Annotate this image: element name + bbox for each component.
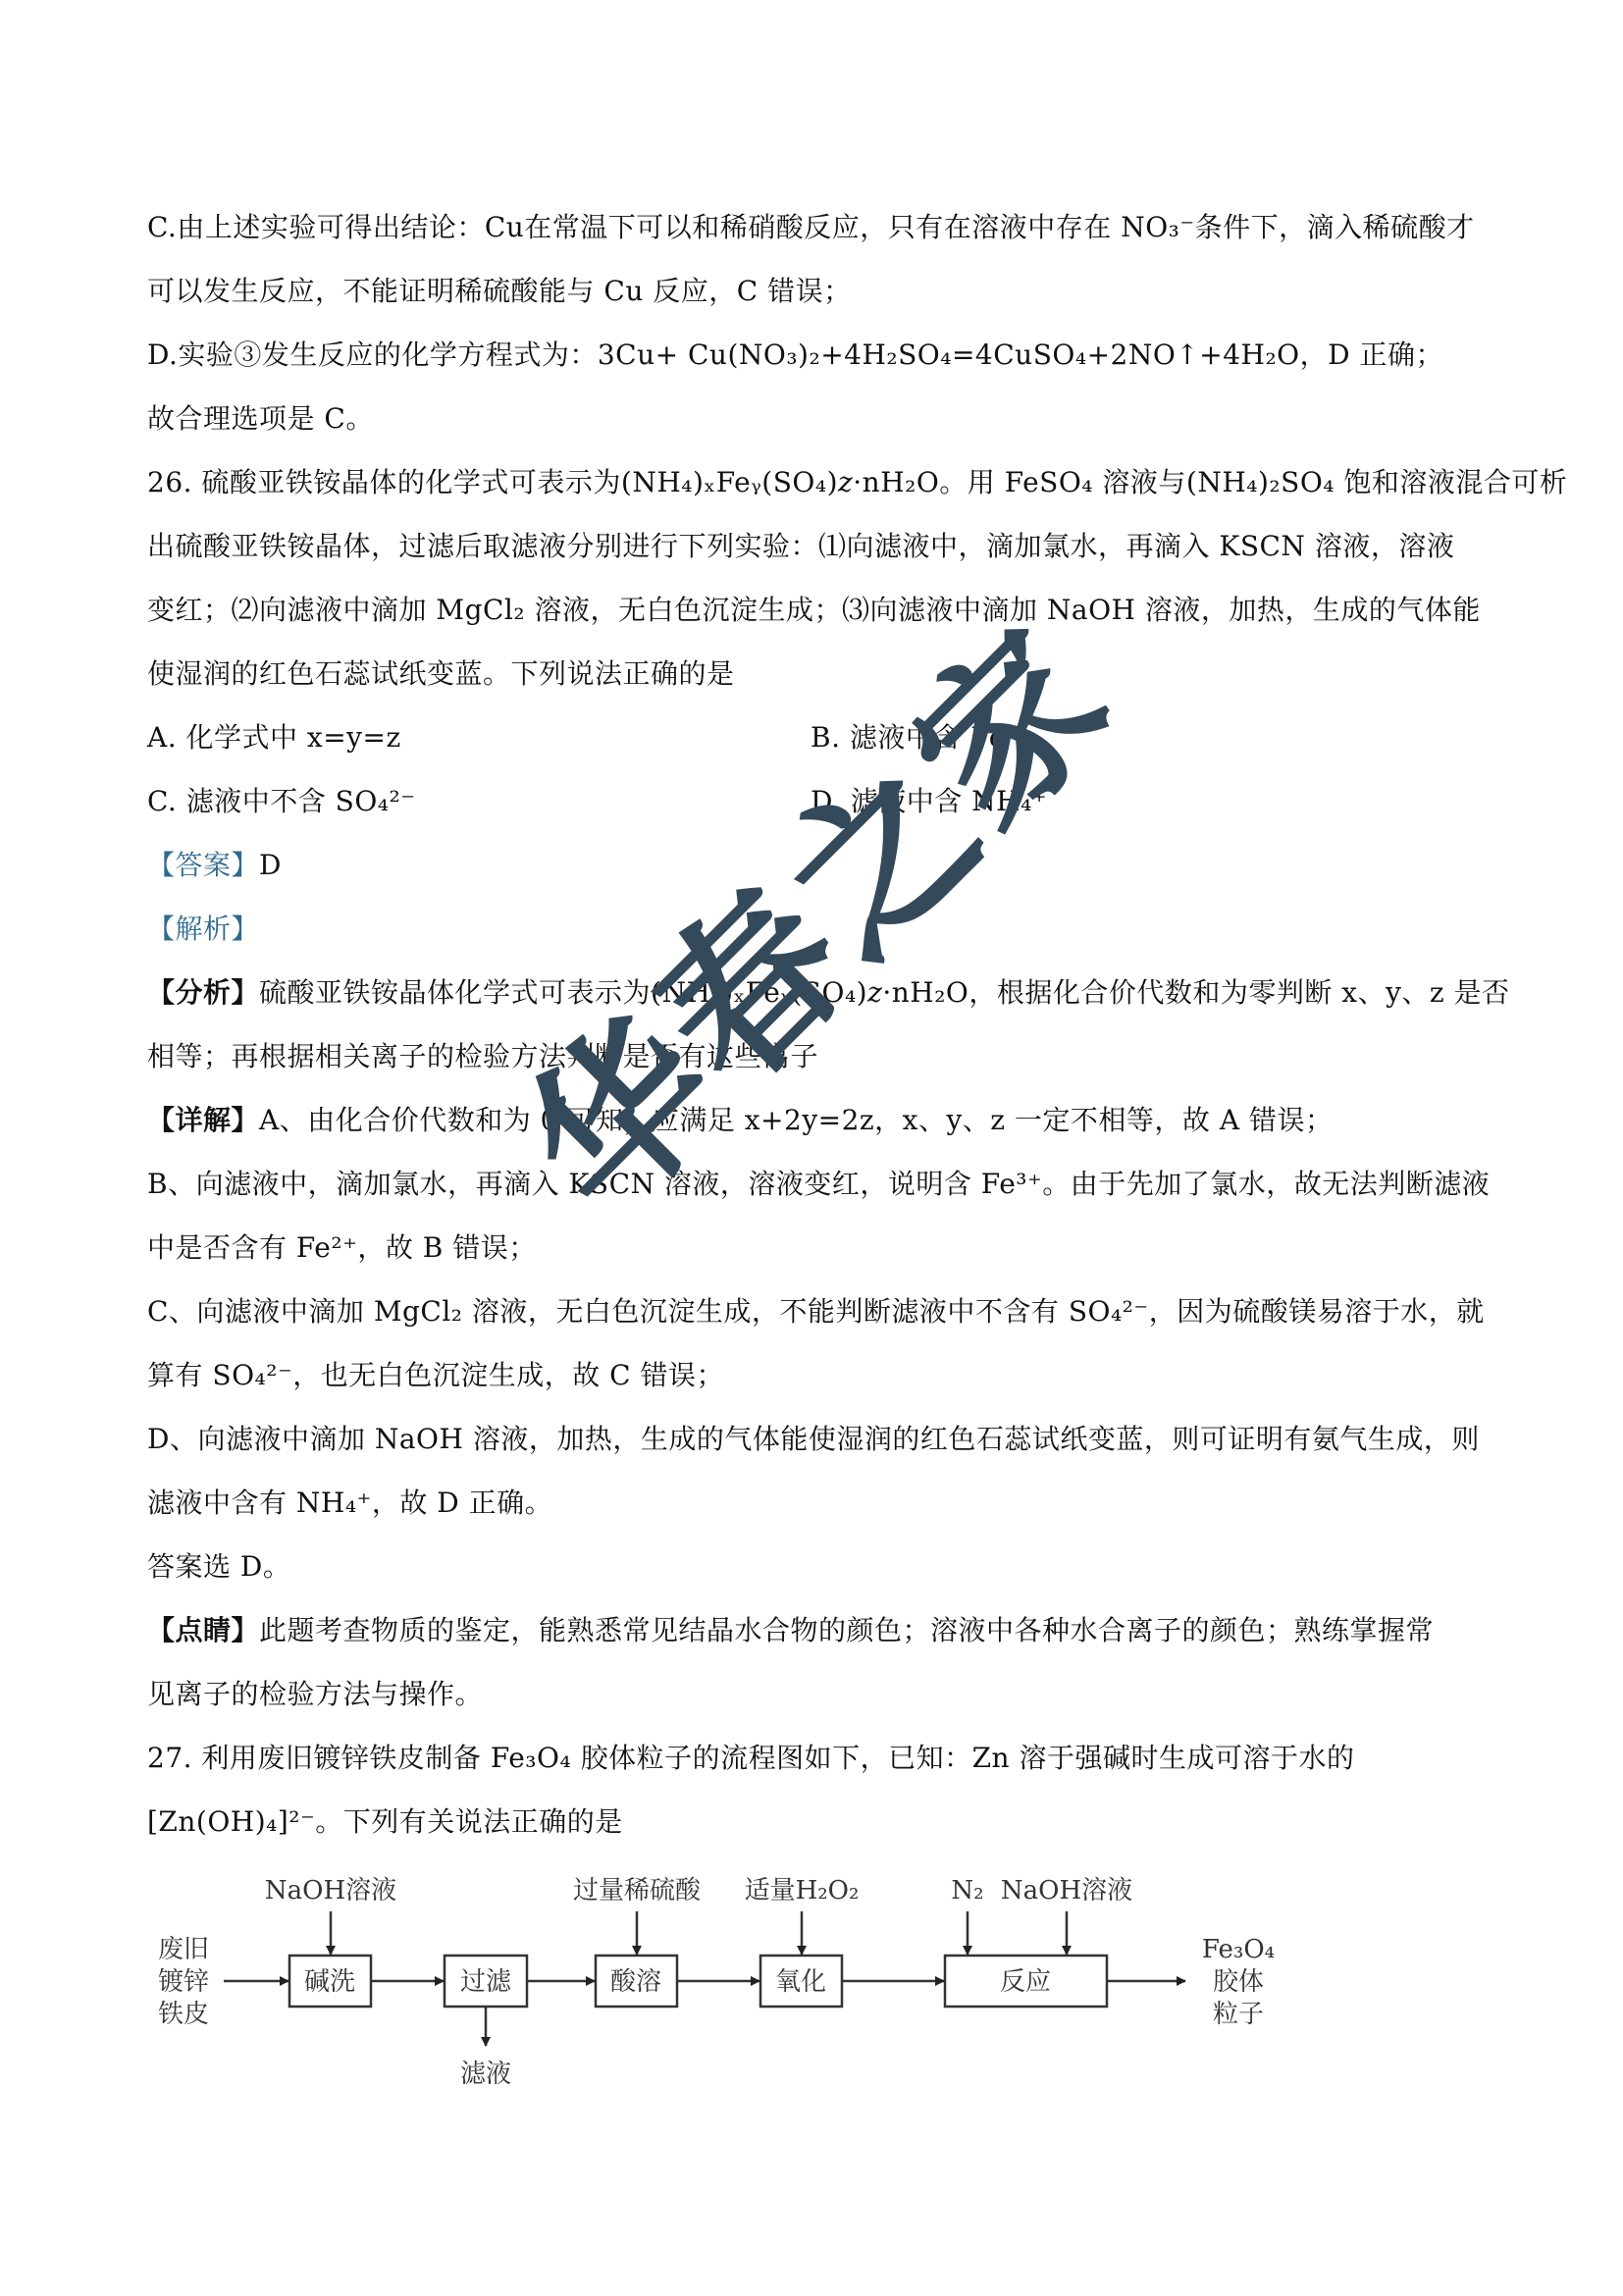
analysis-tag: 【解析】 [147,913,259,945]
prev-option-d-line: D.实验③发生反应的化学方程式为：3Cu+ Cu(NO₃)₂+4H₂SO₄=4C… [147,336,1443,375]
input-label-line: 铁皮 [158,2000,209,2029]
q26-xiangjie-line: C、向滤液中滴加 MgCl₂ 溶液，无白色沉淀生成，不能判断滤液中不含有 SO₄… [147,1292,1485,1331]
step-filter: 过滤 [460,1967,512,1997]
option-text: 滤液中不含 SO₄²⁻ [186,785,416,817]
output-label-line: Fe₃O₄ [1202,1935,1275,1964]
q26-stem-line: 26. 硫酸亚铁铵晶体的化学式可表示为(NH₄)ₓFeᵧ(SO₄)𝑧·nH₂O。… [147,463,1567,502]
q26-stem-line: 使湿润的红色石蕊试纸变蓝。下列说法正确的是 [147,654,735,694]
reagent-h2o2: 适量H₂O₂ [745,1876,860,1905]
reagent-n2: N₂ [951,1876,983,1905]
answer-value: D [259,849,282,881]
q26-stem-line: 出硫酸亚铁铵晶体，过滤后取滤液分别进行下列实验：⑴向滤液中，滴加氯水，再滴入 K… [147,527,1454,566]
input-label-line: 废旧 [158,1935,209,1964]
reagent-naoh-1: NaOH溶液 [265,1876,396,1905]
prev-option-c-line2: 可以发生反应，不能证明稀硫酸能与 Cu 反应，C 错误； [147,272,852,311]
q26-answer-choice: 答案选 D。 [147,1547,290,1587]
step-acid-dissolve: 酸溶 [610,1967,661,1997]
q26-option-c: C. 滤液中不含 SO₄²⁻ [147,782,416,821]
output-label-line: 胶体 [1213,1967,1264,1997]
q26-xiangjie-line: 算有 SO₄²⁻，也无白色沉淀生成，故 C 错误； [147,1356,724,1395]
prev-conclusion: 故合理选项是 C。 [147,399,374,439]
q26-xiangjie-line: 滤液中含有 NH₄⁺，故 D 正确。 [147,1484,552,1523]
step-react: 反应 [1000,1967,1051,1997]
q26-dianjing-line: 【点睛】此题考查物质的鉴定，能熟悉常见结晶水合物的颜色；溶液中各种水合离子的颜色… [147,1611,1434,1650]
q26-stem-line: 变红；⑵向滤液中滴加 MgCl₂ 溶液，无白色沉淀生成；⑶向滤液中滴加 NaOH… [147,591,1481,630]
q26-xiangjie-line: B、向滤液中，滴加氯水，再滴入 KSCN 溶液，溶液变红，说明含 Fe³⁺。由于… [147,1165,1490,1204]
output-label-line: 粒子 [1213,2000,1264,2029]
reagent-dilute-sulfuric: 过量稀硫酸 [573,1876,702,1905]
option-label: A. [147,721,177,754]
input-label-line: 镀锌 [158,1967,209,1997]
q26-xiangjie-line: D、向滤液中滴加 NaOH 溶液，加热，生成的气体能使湿润的红色石蕊试纸变蓝，则… [147,1420,1480,1459]
answer-tag: 【答案】 [147,849,259,881]
q26-analysis-heading: 【解析】 [147,910,259,949]
xiangjie-text: A、由化合价代数和为 0 可知，应满足 x+2y=2z，x、y、z 一定不相等，… [259,1104,1333,1136]
step-alkali-wash: 碱洗 [304,1967,355,1997]
fenxi-tag: 【分析】 [147,976,259,1009]
dianjing-tag: 【点睛】 [147,1614,259,1646]
filtrate-label: 滤液 [460,2060,511,2089]
q26-xiangjie-line: 中是否含有 Fe²⁺，故 B 错误； [147,1228,537,1268]
q26-dianjing-line: 见离子的检验方法与操作。 [147,1675,483,1714]
q26-answer: 【答案】D [147,846,282,885]
xiangjie-tag: 【详解】 [147,1104,259,1136]
dianjing-text: 此题考查物质的鉴定，能熟悉常见结晶水合物的颜色；溶液中各种水合离子的颜色；熟练掌… [259,1614,1434,1646]
q27-flowchart: 碱洗 过滤 酸溶 氧化 反应 NaOH溶液 过量稀硫酸 适量H₂O₂ N₂ Na… [0,1864,1623,2119]
option-text: 化学式中 x=y=z [186,721,401,754]
q26-option-a: A. 化学式中 x=y=z [147,718,401,757]
q27-stem-line: 27. 利用废旧镀锌铁皮制备 Fe₃O₄ 胶体粒子的流程图如下，已知：Zn 溶于… [147,1739,1355,1778]
reagent-naoh-2: NaOH溶液 [1001,1876,1132,1905]
prev-option-c-line1: C.由上述实验可得出结论：Cu在常温下可以和稀硝酸反应，只有在溶液中存在 NO₃… [147,208,1475,247]
option-label: C. [147,785,177,817]
step-oxidize: 氧化 [775,1967,826,1997]
q27-stem-line: [Zn(OH)₄]²⁻。下列有关说法正确的是 [147,1802,623,1842]
